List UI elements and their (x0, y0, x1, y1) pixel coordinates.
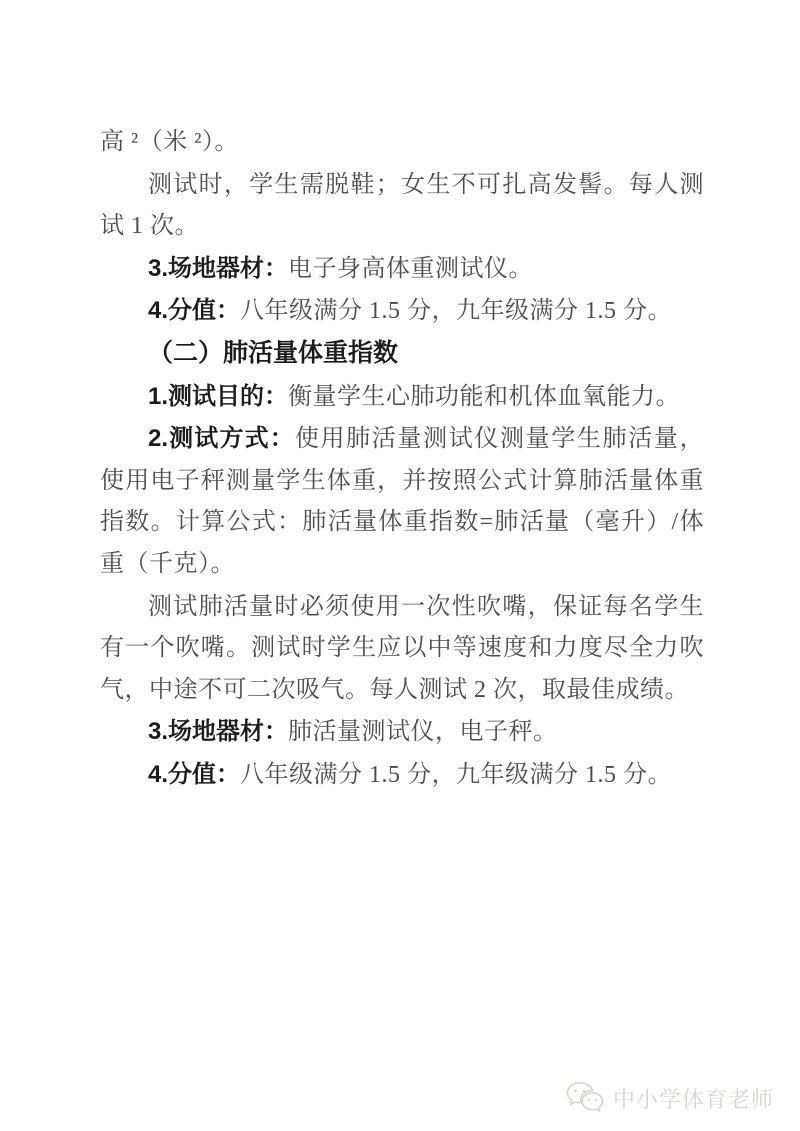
paragraph-text: 八年级满分 1.5 分，九年级满分 1.5 分。 (240, 298, 672, 324)
watermark-text: 中小学体育老师 (613, 1083, 774, 1114)
section-heading-vital-capacity: （二）肺活量体重指数 (100, 333, 704, 376)
paragraph-label: 2.测试方式： (148, 425, 295, 452)
paragraph-text: 肺活量测试仪，电子秤。 (288, 719, 558, 745)
paragraph-test-notes: 测试时，学生需脱鞋；女生不可扎高发髻。每人测试 1 次。 (100, 164, 704, 248)
paragraph-text: 八年级满分 1.5 分，九年级满分 1.5 分。 (240, 762, 672, 788)
watermark: 中小学体育老师 (564, 1080, 774, 1116)
paragraph-score-1: 4.分值：八年级满分 1.5 分，九年级满分 1.5 分。 (100, 290, 704, 333)
paragraph-label: 4.分值： (148, 761, 240, 788)
section-heading-label: （二）肺活量体重指数 (148, 339, 398, 367)
paragraph-equipment-1: 3.场地器材：电子身高体重测试仪。 (100, 248, 704, 291)
paragraph-label: 4.分值： (148, 297, 240, 324)
paragraph-label: 3.场地器材： (148, 718, 288, 745)
paragraph-text: 测试时，学生需脱鞋；女生不可扎高发髻。每人测试 1 次。 (100, 172, 704, 240)
paragraph-text: 高 ²（米 ²）。 (100, 129, 239, 155)
document-body: 高 ²（米 ²）。 测试时，学生需脱鞋；女生不可扎高发髻。每人测试 1 次。 3… (100, 121, 704, 797)
paragraph-score-2: 4.分值：八年级满分 1.5 分，九年级满分 1.5 分。 (100, 754, 704, 797)
paragraph-label: 1.测试目的： (148, 383, 288, 410)
paragraph-test-method: 2.测试方式：使用肺活量测试仪测量学生肺活量，使用电子秤测量学生体重，并按照公式… (100, 418, 704, 585)
paragraph-text: 电子身高体重测试仪。 (288, 256, 533, 282)
paragraph-test-purpose: 1.测试目的：衡量学生心肺功能和机体血氧能力。 (100, 376, 704, 419)
paragraph-mouthpiece-notes: 测试肺活量时必须使用一次性吹嘴，保证每名学生有一个吹嘴。测试时学生应以中等速度和… (100, 586, 704, 712)
wechat-icon (564, 1080, 606, 1116)
paragraph-label: 3.场地器材： (148, 255, 288, 282)
paragraph-equipment-2: 3.场地器材：肺活量测试仪，电子秤。 (100, 711, 704, 754)
document-page: 高 ²（米 ²）。 测试时，学生需脱鞋；女生不可扎高发髻。每人测试 1 次。 3… (0, 0, 800, 1131)
paragraph-text: 测试肺活量时必须使用一次性吹嘴，保证每名学生有一个吹嘴。测试时学生应以中等速度和… (100, 594, 704, 703)
paragraph-continuation-formula: 高 ²（米 ²）。 (100, 121, 704, 164)
paragraph-text: 衡量学生心肺功能和机体血氧能力。 (288, 384, 680, 410)
